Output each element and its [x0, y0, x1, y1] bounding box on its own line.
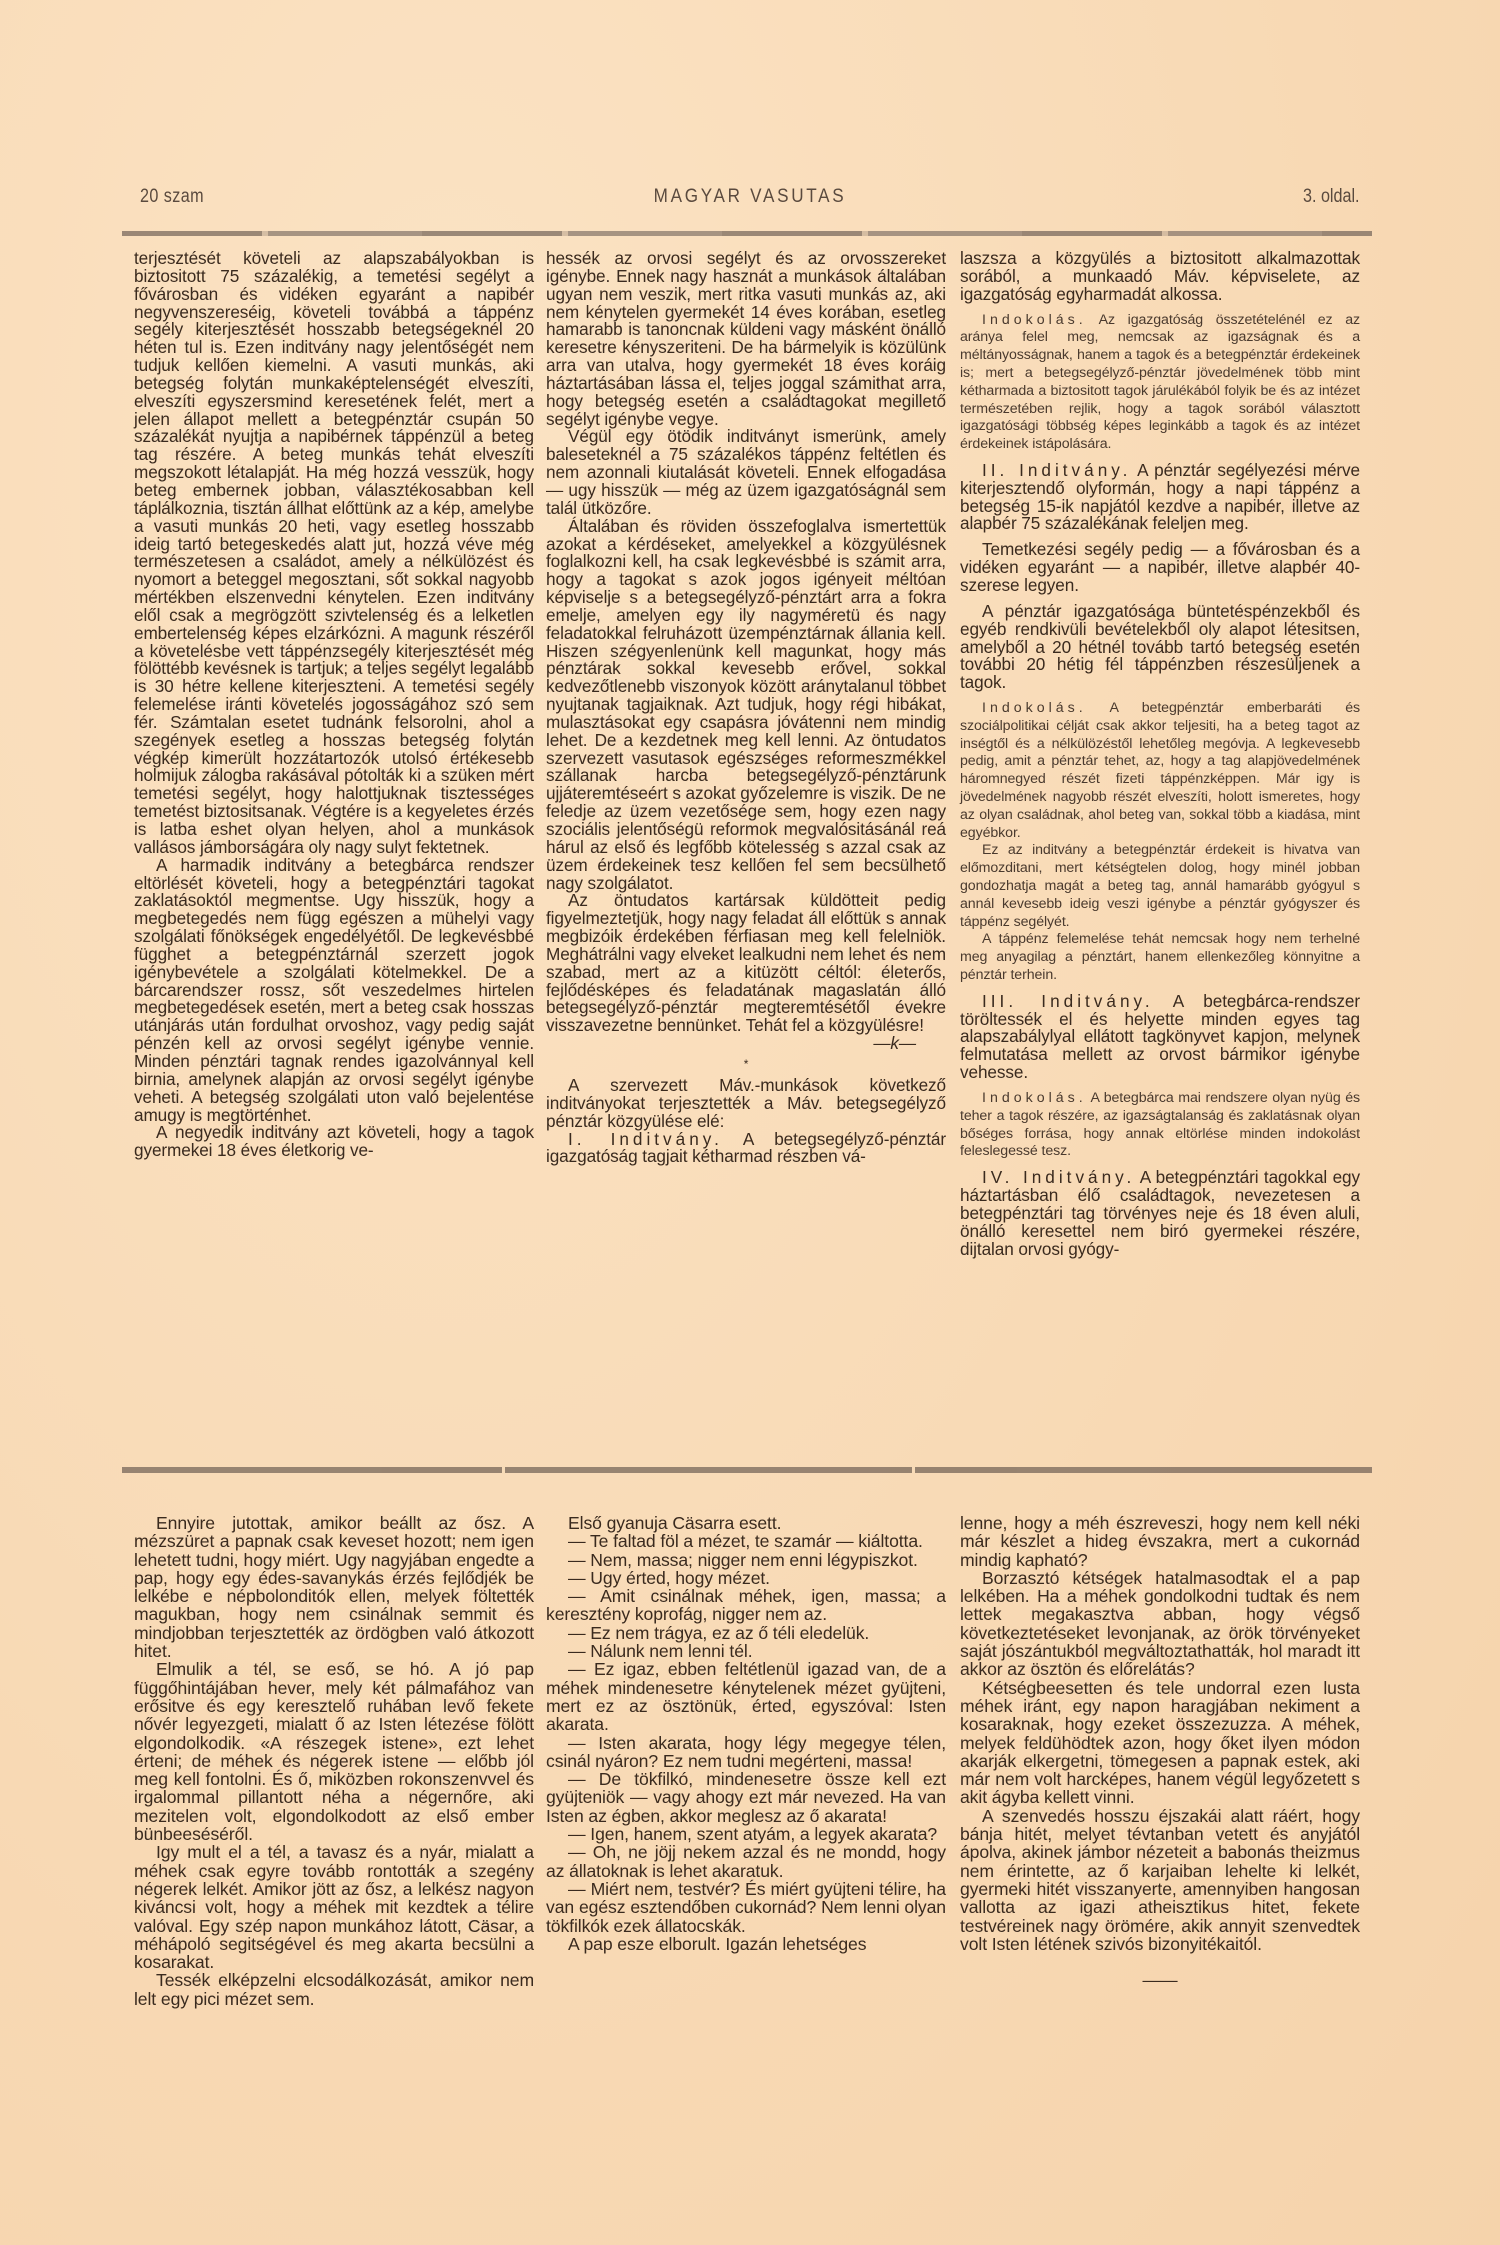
dialogue-line: — Nálunk nem lenni tél. — [546, 1642, 946, 1660]
article-column-2: hessék az orvosi segélyt és az orvosszer… — [546, 250, 946, 1166]
paragraph: A pénztár igazgatósága büntetéspénzekből… — [960, 603, 1360, 692]
dialogue-line: — Ez igaz, ebben feltétlenül igazad van,… — [546, 1660, 946, 1733]
paragraph: Elmulik a tél, se eső, se hó. A jó pap f… — [134, 1660, 534, 1843]
dialogue-line: — Isten akarata, hogy légy megegye télen… — [546, 1734, 946, 1771]
dialogue-line: — Nem, massa; nigger nem enni légypiszko… — [546, 1551, 946, 1569]
paragraph: A szervezett Máv.-munkások következő ind… — [546, 1077, 946, 1131]
paragraph: A pap esze elborult. Igazán lehetséges — [546, 1935, 946, 1953]
paragraph: A táppénz felemelése tehát nemcsak hogy … — [960, 931, 1360, 984]
motion-4: IV. Inditvány. A betegpénztári tagokkal … — [960, 1169, 1360, 1258]
paragraph: terjesztését követeli az alapszabályokba… — [134, 250, 534, 857]
page-number: 3. oldal. — [1303, 186, 1360, 208]
page-header: 20 szam MAGYAR VASUTAS 3. oldal. — [140, 186, 1360, 216]
story-column-1: Ennyire jutottak, amikor beállt az ősz. … — [134, 1514, 534, 2008]
article-column-3: laszsza a közgyülés a biztositott alkalm… — [960, 250, 1360, 1258]
section-separator: * — [546, 1057, 946, 1071]
motion-3: III. Inditvány. A betegbárca-rendszer tö… — [960, 993, 1360, 1082]
paragraph: laszsza a közgyülés a biztositott alkalm… — [960, 250, 1360, 304]
dialogue-line: — Te faltad föl a mézet, te szamár — kiá… — [546, 1532, 946, 1550]
motion-1: I. Inditvány. A betegsegélyző-pénztár ig… — [546, 1131, 946, 1167]
issue-number: 20 szam — [140, 186, 204, 208]
paragraph: hessék az orvosi segélyt és az orvosszer… — [546, 250, 946, 428]
reasoning-3: Indokolás. A betegbárca mai rendszere ol… — [960, 1090, 1360, 1161]
end-mark: —— — [960, 1971, 1360, 1989]
paragraph: Igy mult el a tél, a tavasz és a nyár, m… — [134, 1843, 534, 1971]
dialogue-line: — Amit csinálnak méhek, igen, massa; a k… — [546, 1587, 946, 1624]
dialogue-line: — Ugy érted, hogy mézet. — [546, 1569, 946, 1587]
paragraph: Végül egy ötödik inditványt ismerünk, am… — [546, 428, 946, 517]
dialogue-line: — De tökfilkó, mindenesetre össze kell e… — [546, 1770, 946, 1825]
reasoning-label: Indokolás. — [982, 1090, 1087, 1106]
reasoning-label: Indokolás. — [982, 700, 1087, 716]
reasoning-1: Indokolás. Az igazgatóság összetételénél… — [960, 312, 1360, 454]
story-column-2: Első gyanuja Cäsarra esett. — Te faltad … — [546, 1514, 946, 1953]
paragraph: Borzasztó kétségek hatalmasodtak el a pa… — [960, 1569, 1360, 1679]
paragraph: Tessék elképzelni elcsodálkozását, amiko… — [134, 1971, 534, 2008]
motion-2: II. Inditvány. A pénztár segélyezési mér… — [960, 462, 1360, 533]
paragraph: Az öntudatos kartársak küldötteit pedig … — [546, 892, 946, 1035]
dialogue-line: — Miért nem, testvér? És miért gyüjteni … — [546, 1880, 946, 1935]
reasoning-label: Indokolás. — [982, 312, 1087, 328]
reasoning-2: Indokolás. A betegpénztár emberbaráti és… — [960, 700, 1360, 842]
paragraph: Temetkezési segély pedig — a fővárosban … — [960, 541, 1360, 595]
paragraph: A negyedik inditvány azt követeli, hogy … — [134, 1124, 534, 1160]
paragraph: A szenvedés hosszu éjszakái alatt ráért,… — [960, 1807, 1360, 1953]
section-divider-rule — [122, 1467, 1372, 1473]
dialogue-line: — Ez nem trágya, ez az ő téli eledelük. — [546, 1624, 946, 1642]
dialogue-line: Első gyanuja Cäsarra esett. — [546, 1514, 946, 1532]
paragraph: Ennyire jutottak, amikor beállt az ősz. … — [134, 1514, 534, 1660]
masthead: MAGYAR VASUTAS — [201, 186, 1299, 208]
story-column-3: lenne, hogy a méh észreveszi, hogy nem k… — [960, 1514, 1360, 1989]
dialogue-line: — Igen, hanem, szent atyám, a legyek aka… — [546, 1825, 946, 1843]
article-column-1: terjesztését követeli az alapszabályokba… — [134, 250, 534, 1160]
paragraph: Kétségbeesetten és tele undorral ezen lu… — [960, 1679, 1360, 1807]
paragraph: A harmadik inditvány a betegbárca rendsz… — [134, 857, 534, 1125]
author-signature: —k— — [546, 1035, 946, 1053]
header-rule — [122, 231, 1372, 236]
paragraph: Ez az inditvány a betegpénztár érdekeit … — [960, 842, 1360, 931]
paragraph: Általában és röviden összefoglalva ismer… — [546, 518, 946, 893]
paragraph: lenne, hogy a méh észreveszi, hogy nem k… — [960, 1514, 1360, 1569]
dialogue-line: — Oh, ne jöjj nekem azzal és ne mondd, h… — [546, 1843, 946, 1880]
